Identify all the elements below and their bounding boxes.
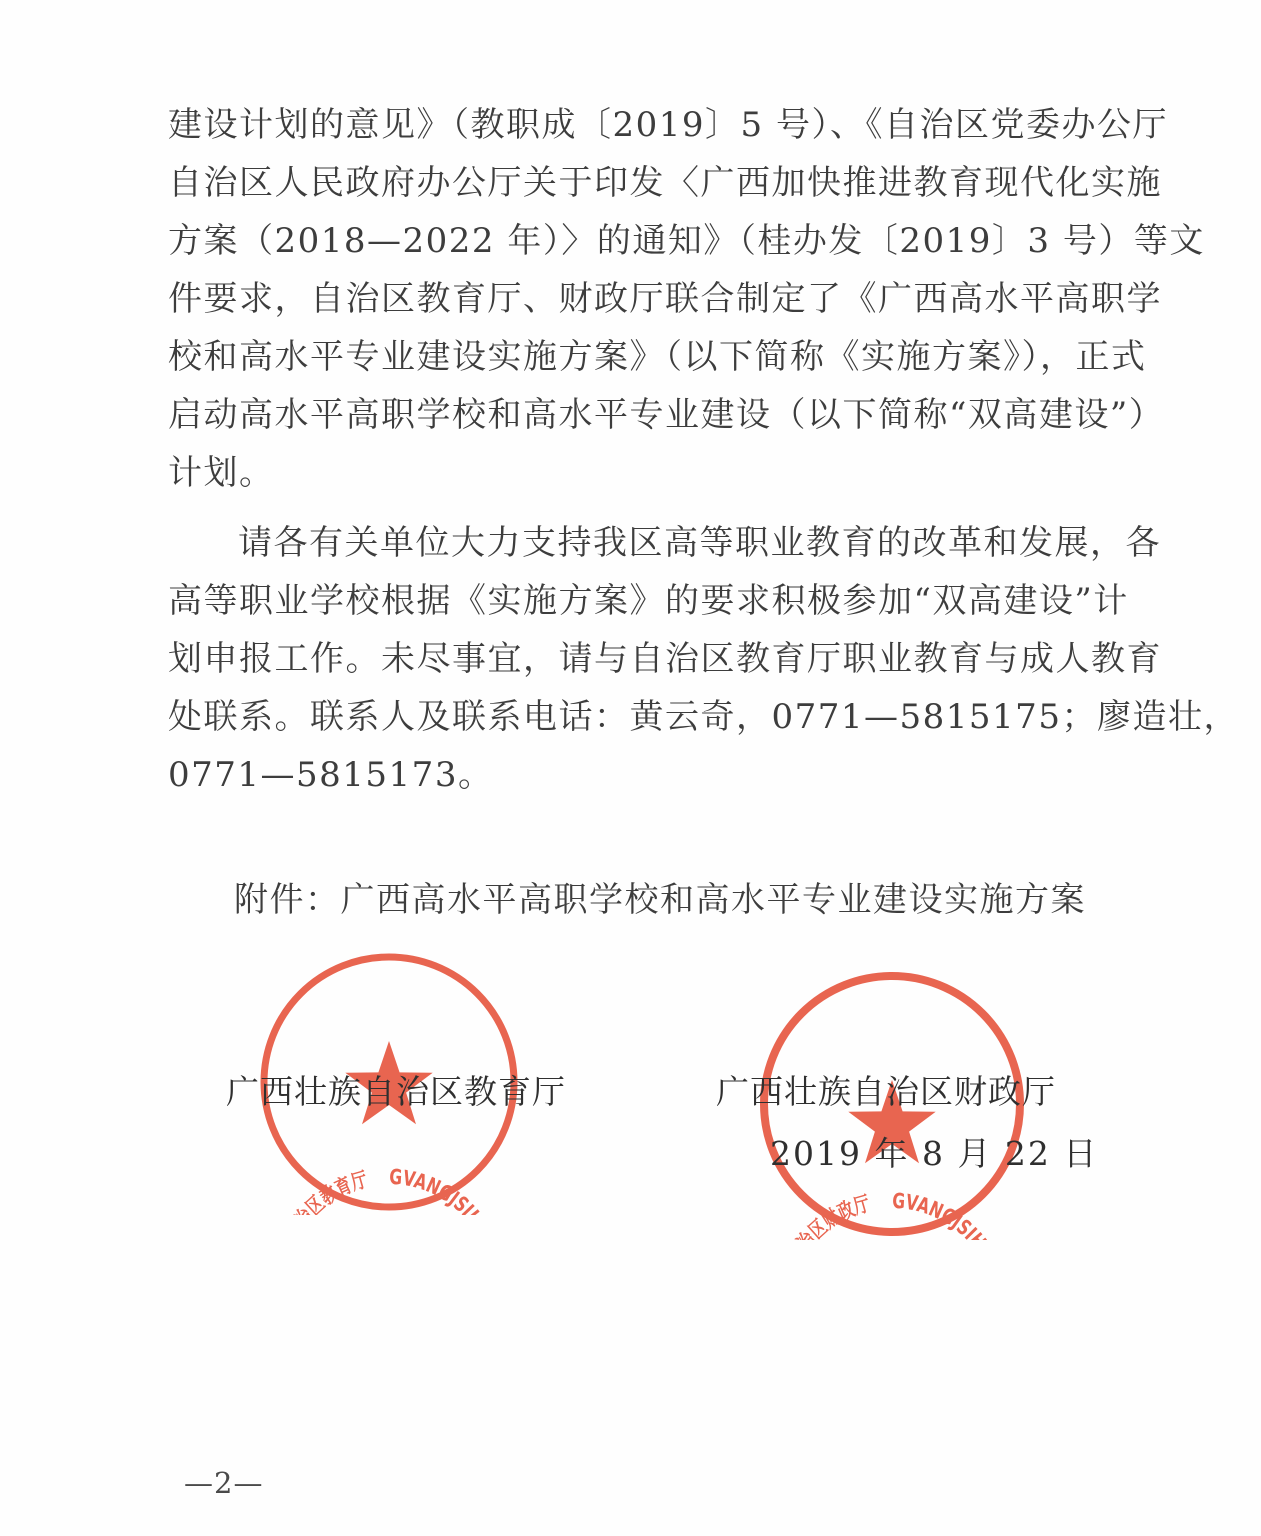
attachment-line: 附件：广西高水平高职学校和高水平专业建设实施方案 [234,876,1086,924]
paragraph-2: 请各有关单位大力支持我区高等职业教育的改革和发展，各 高等职业学校根据《实施方案… [168,514,1120,804]
text-line: 处联系。联系人及联系电话：黄云奇，0771—5815175；廖造壮， [168,688,1120,746]
text-line: 件要求，自治区教育厅、财政厅联合制定了《广西高水平高职学 [168,270,1120,328]
signature-date: 2019 年 8 月 22 日 [770,1128,1098,1175]
text-line: 校和高水平专业建设实施方案》（以下简称《实施方案》），正式 [168,328,1120,386]
document-page: 建设计划的意见》（教职成〔2019〕5 号）、《自治区党委办公厅 自治区人民政府… [0,0,1261,1536]
text-line: 请各有关单位大力支持我区高等职业教育的改革和发展，各 [168,514,1120,572]
signature-org-education: 广西壮族自治区教育厅 [226,1066,566,1113]
text-line: 启动高水平高职学校和高水平专业建设（以下简称“双高建设”） [168,386,1120,444]
text-line: 自治区人民政府办公厅关于印发〈广西加快推进教育现代化实施 [168,154,1120,212]
text-line: 方案（2018—2022 年）〉的通知》（桂办发〔2019〕3 号）等文 [168,212,1120,270]
page-number: —2— [184,1466,263,1500]
text-line: 高等职业学校根据《实施方案》的要求积极参加“双高建设”计 [168,572,1120,630]
paragraph-1: 建设计划的意见》（教职成〔2019〕5 号）、《自治区党委办公厅 自治区人民政府… [168,96,1120,502]
signature-org-finance: 广西壮族自治区财政厅 [716,1066,1056,1113]
text-line: 划申报工作。未尽事宜，请与自治区教育厅职业教育与成人教育 [168,630,1120,688]
text-line: 0771—5815173。 [168,746,1120,804]
text-line: 建设计划的意见》（教职成〔2019〕5 号）、《自治区党委办公厅 [168,96,1120,154]
text-line: 计划。 [168,444,1120,502]
